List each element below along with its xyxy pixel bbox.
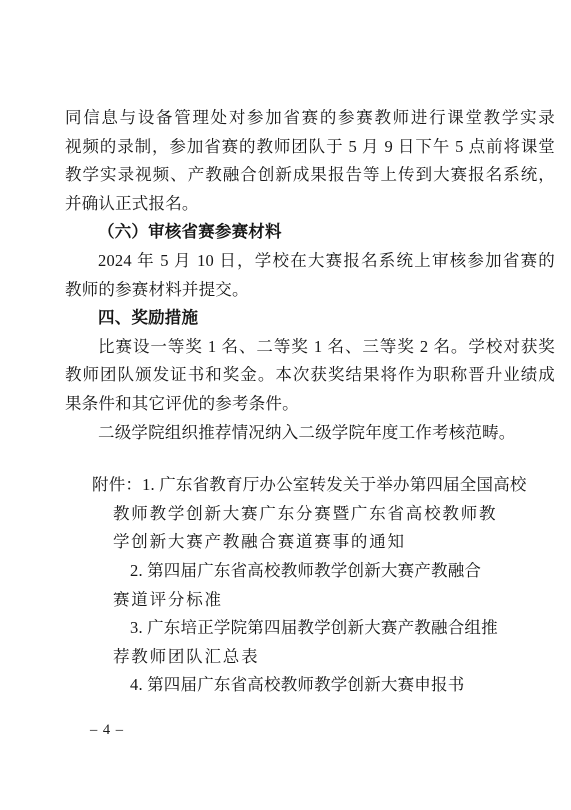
attachment-item1-line1: 附件：1. 广东省教育厅办公室转发关于举办第四届全国高校 bbox=[65, 471, 555, 500]
attachment-item1-line3: 学创新大赛产教融合赛道赛事的通知 bbox=[65, 528, 555, 557]
attachment-item2-line1: 2. 第四届广东省高校教师教学创新大赛产教融合 bbox=[65, 557, 555, 586]
heading-section-6: （六）审核省赛参赛材料 bbox=[65, 218, 555, 247]
para-awards-line2: 教师团队颁发证书和奖金。本次获奖结果将作为职称晋升业绩成 bbox=[65, 361, 555, 390]
para-awards-line1: 比赛设一等奖 1 名、二等奖 1 名、三等奖 2 名。学校对获奖 bbox=[65, 333, 555, 362]
para-recording-line1: 同信息与设备管理处对参加省赛的参赛教师进行课堂教学实录 bbox=[65, 104, 555, 133]
attachment-item3-line2: 荐教师团队汇总表 bbox=[65, 643, 555, 672]
attachment-item2-line2: 赛道评分标准 bbox=[65, 586, 555, 615]
heading-section-4: 四、奖励措施 bbox=[65, 304, 555, 333]
para-recording-line4: 并确认正式报名。 bbox=[65, 190, 555, 219]
para-recording-line2: 视频的录制，参加省赛的教师团队于 5 月 9 日下午 5 点前将课堂 bbox=[65, 133, 555, 162]
para-review-line2: 教师的参赛材料并提交。 bbox=[65, 276, 555, 305]
attachment-gap-spacer bbox=[65, 447, 555, 471]
attachment-item3-line1: 3. 广东培正学院第四届教学创新大赛产教融合组推 bbox=[65, 614, 555, 643]
document-page: 同信息与设备管理处对参加省赛的参赛教师进行课堂教学实录视频的录制，参加省赛的教师… bbox=[0, 0, 571, 810]
para-assessment-line1: 二级学院组织推荐情况纳入二级学院年度工作考核范畴。 bbox=[65, 419, 555, 448]
para-awards-line3: 果条件和其它评优的参考条件。 bbox=[65, 390, 555, 419]
attachment-item4-line1: 4. 第四届广东省高校教师教学创新大赛申报书 bbox=[65, 671, 555, 700]
attachment-item1-line2: 教师教学创新大赛广东分赛暨广东省高校教师教 bbox=[65, 500, 555, 529]
page-number: – 4 – bbox=[90, 721, 124, 739]
para-review-line1: 2024 年 5 月 10 日，学校在大赛报名系统上审核参加省赛的 bbox=[65, 247, 555, 276]
document-body: 同信息与设备管理处对参加省赛的参赛教师进行课堂教学实录视频的录制，参加省赛的教师… bbox=[0, 0, 571, 700]
para-recording-line3: 教学实录视频、产教融合创新成果报告等上传到大赛报名系统， bbox=[65, 161, 555, 190]
